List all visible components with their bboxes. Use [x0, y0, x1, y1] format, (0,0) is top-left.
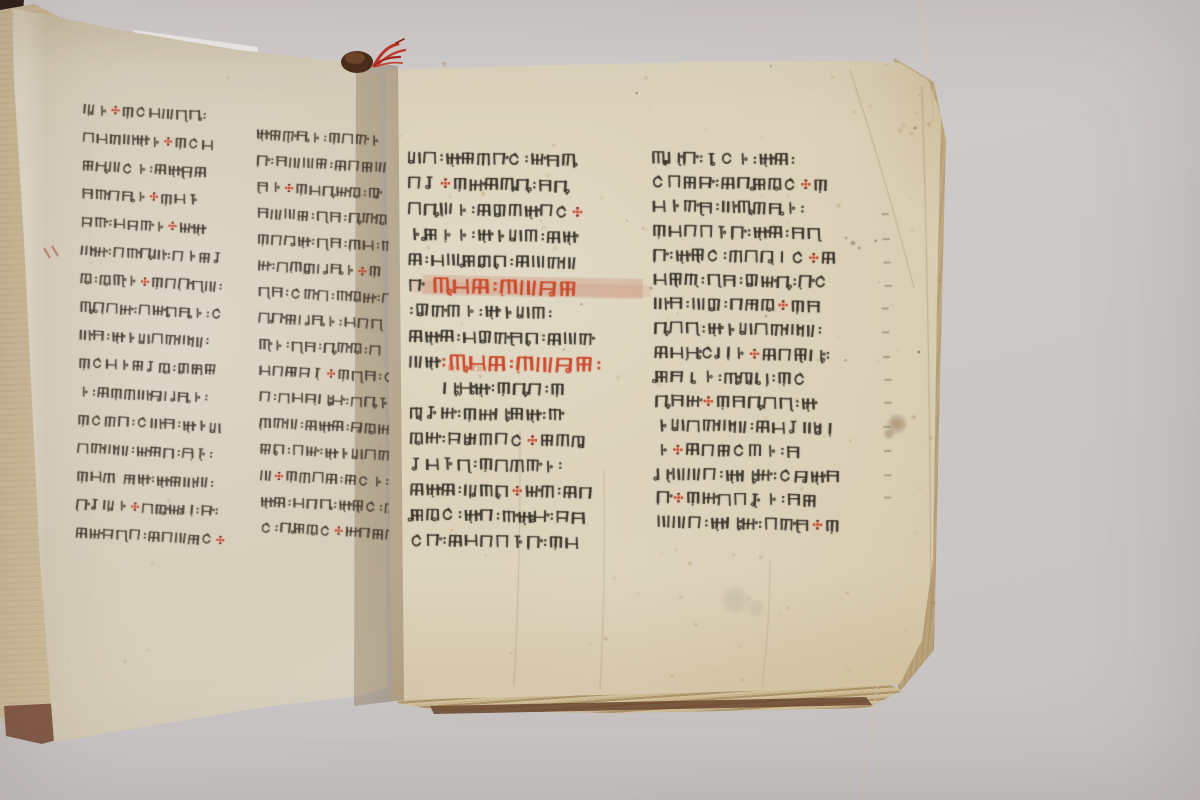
- overlay-layer: [0, 0, 1200, 800]
- hanging-thread: [861, 0, 933, 800]
- headband-tassel: [374, 39, 405, 66]
- endband-knob: [341, 51, 373, 73]
- photo-stage: [0, 0, 1200, 800]
